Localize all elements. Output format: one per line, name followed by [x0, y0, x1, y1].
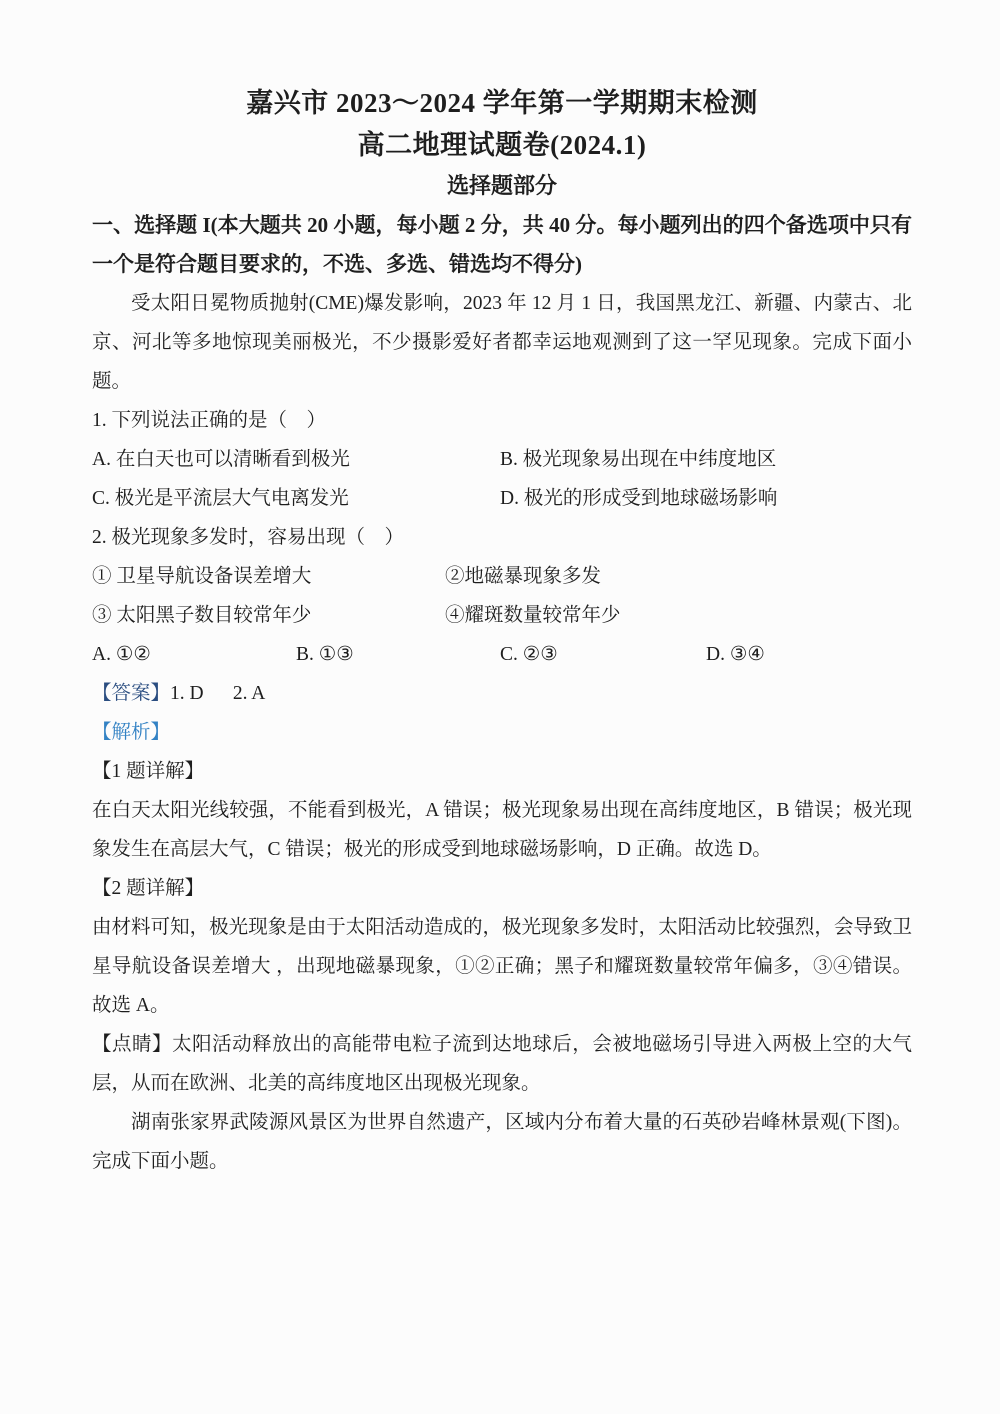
tip-paragraph: 【点睛】太阳活动释放出的高能带电粒子流到达地球后，会被地磁场引导进入两极上空的大… [92, 1025, 912, 1103]
question-2-item-2: ②地磁暴现象多发 [445, 557, 601, 596]
question-2-option-a: A. ①② [92, 635, 296, 674]
question-2-option-c: C. ②③ [500, 635, 706, 674]
passage-aurora: 受太阳日冕物质抛射(CME)爆发影响，2023 年 12 月 1 日，我国黑龙江… [92, 284, 912, 401]
question-1-options-row-ab: A. 在白天也可以清晰看到极光 B. 极光现象易出现在中纬度地区 [92, 440, 912, 479]
question-1-option-c: C. 极光是平流层大气电离发光 [92, 479, 500, 518]
question-2-item-3: ③ 太阳黑子数目较常年少 [92, 596, 445, 635]
question-1-option-a: A. 在白天也可以清晰看到极光 [92, 440, 500, 479]
passage-zhangjiajie: 湖南张家界武陵源风景区为世界自然遗产，区域内分布着大量的石英砂岩峰林景观(下图)… [92, 1103, 912, 1181]
question-2-options-row: A. ①② B. ①③ C. ②③ D. ③④ [92, 635, 912, 674]
question-2-items-row-34: ③ 太阳黑子数目较常年少 ④耀斑数量较常年少 [92, 596, 912, 635]
analysis-label: 【解析】 [92, 722, 170, 743]
analysis-line: 【解析】 [92, 713, 912, 752]
exam-paper-screenshot: { "doc": { "title": "嘉兴市 2023～2024 学年第一学… [0, 0, 1000, 1414]
answer-line: 【答案】1. D 2. A [92, 674, 912, 713]
detail-1-label: 【1 题详解】 [92, 752, 912, 791]
question-1-options-row-cd: C. 极光是平流层大气电离发光 D. 极光的形成受到地球磁场影响 [92, 479, 912, 518]
exam-subtitle: 高二地理试题卷(2024.1) [92, 124, 912, 166]
detail-2-label: 【2 题详解】 [92, 869, 912, 908]
section-instructions: 一、选择题 I(本大题共 20 小题，每小题 2 分，共 40 分。每小题列出的… [92, 206, 912, 284]
question-2-item-4: ④耀斑数量较常年少 [445, 596, 621, 635]
part-heading: 选择题部分 [92, 166, 912, 206]
question-1-option-d: D. 极光的形成受到地球磁场影响 [500, 479, 777, 518]
question-2-items-row-12: ① 卫星导航设备误差增大 ②地磁暴现象多发 [92, 557, 912, 596]
question-2-item-1: ① 卫星导航设备误差增大 [92, 557, 445, 596]
exam-title: 嘉兴市 2023～2024 学年第一学期期末检测 [92, 82, 912, 124]
tip-text: 太阳活动释放出的高能带电粒子流到达地球后，会被地磁场引导进入两极上空的大气层，从… [92, 1034, 912, 1094]
question-1-option-b: B. 极光现象易出现在中纬度地区 [500, 440, 776, 479]
answer-values: 1. D 2. A [170, 683, 265, 704]
question-2-option-d: D. ③④ [706, 635, 765, 674]
question-2-option-b: B. ①③ [296, 635, 500, 674]
question-1-stem: 1. 下列说法正确的是（ ） [92, 401, 912, 440]
detail-2-text: 由材料可知，极光现象是由于太阳活动造成的，极光现象多发时，太阳活动比较强烈，会导… [92, 908, 912, 1025]
question-2-stem: 2. 极光现象多发时，容易出现（ ） [92, 518, 912, 557]
exam-document-page: 嘉兴市 2023～2024 学年第一学期期末检测 高二地理试题卷(2024.1)… [0, 0, 1000, 1414]
tip-label: 【点睛】 [92, 1034, 172, 1055]
answer-label: 【答案】 [92, 683, 170, 704]
detail-1-text: 在白天太阳光线较强，不能看到极光，A 错误；极光现象易出现在高纬度地区，B 错误… [92, 791, 912, 869]
